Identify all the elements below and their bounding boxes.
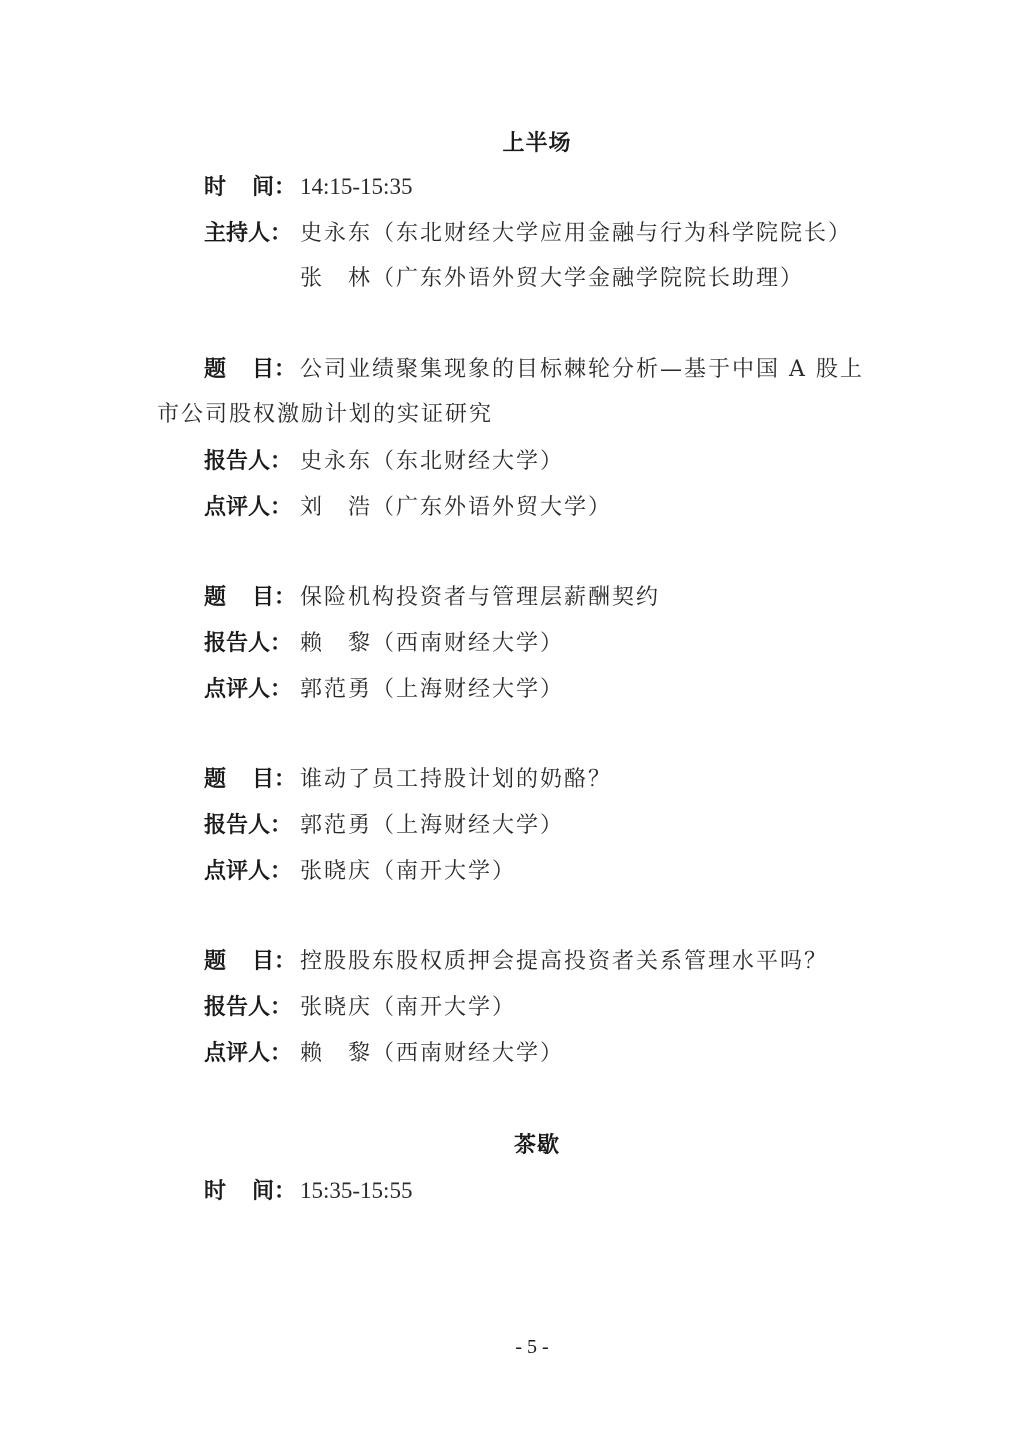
talk-2-discussant: 郭范勇（上海财经大学） [300,677,564,702]
talk-4-discussant: 赖 黎（西南财经大学） [300,1041,564,1066]
talk-1-title-continued: 市公司股权激励计划的实证研究 [157,402,493,427]
time-label: 时间： [204,1176,300,1206]
host-2: 张 林（广东外语外贸大学金融学院院长助理） [300,266,804,291]
reporter-label: 报告人： [204,992,300,1022]
session-time-row: 时间：14:15-15:35 [204,172,412,203]
talk-3-reporter: 郭范勇（上海财经大学） [300,813,564,838]
talk-4-reporter: 张晓庆（南开大学） [300,995,516,1020]
talk-3-reporter-row: 报告人：郭范勇（上海财经大学） [204,810,564,841]
document-page: 上半场 时间：14:15-15:35 主持人：史永东（东北财经大学应用金融与行为… [0,0,1024,1448]
time-label: 时间： [204,172,300,202]
talk-4-discussant-row: 点评人：赖 黎（西南财经大学） [204,1038,564,1069]
hosts-row-2: 张 林（广东外语外贸大学金融学院院长助理） [300,264,804,294]
host-label: 主持人： [204,218,300,248]
talk-1-title-row-2: 市公司股权激励计划的实证研究 [157,400,493,430]
reporter-label: 报告人： [204,810,300,840]
discussant-label: 点评人： [204,1038,300,1068]
talk-1-discussant: 刘 浩（广东外语外贸大学） [300,495,612,520]
talk-2-reporter: 赖 黎（西南财经大学） [300,631,564,656]
discussant-label: 点评人： [204,674,300,704]
talk-3-discussant: 张晓庆（南开大学） [300,859,516,884]
talk-1-reporter: 史永东（东北财经大学） [300,449,564,474]
title-label: 题目： [204,354,300,384]
talk-4-reporter-row: 报告人：张晓庆（南开大学） [204,992,516,1023]
talk-2-title: 保险机构投资者与管理层薪酬契约 [300,585,660,610]
talk-4-title-row: 题目：控股股东股权质押会提高投资者关系管理水平吗？ [204,946,828,977]
talk-3-title-row: 题目：谁动了员工持股计划的奶酪？ [204,764,612,795]
tea-break-time-value: 15:35-15:55 [300,1178,412,1203]
session-time-value: 14:15-15:35 [300,174,412,199]
title-label: 题目： [204,582,300,612]
section-heading-first-half: 上半场 [0,126,1024,157]
talk-4-title: 控股股东股权质押会提高投资者关系管理水平吗？ [300,949,828,974]
discussant-label: 点评人： [204,492,300,522]
hosts-row: 主持人：史永东（东北财经大学应用金融与行为科学院院长） [204,218,852,249]
title-label: 题目： [204,946,300,976]
host-1: 史永东（东北财经大学应用金融与行为科学院院长） [300,221,852,246]
discussant-label: 点评人： [204,856,300,886]
talk-1-reporter-row: 报告人：史永东（东北财经大学） [204,446,564,477]
tea-break-time-row: 时间：15:35-15:55 [204,1176,412,1207]
reporter-label: 报告人： [204,446,300,476]
reporter-label: 报告人： [204,628,300,658]
section-heading-tea-break: 茶歇 [0,1128,1024,1159]
talk-1-title: 公司业绩聚集现象的目标棘轮分析—基于中国 A 股上 [300,357,864,382]
talk-1-discussant-row: 点评人：刘 浩（广东外语外贸大学） [204,492,612,523]
talk-3-title: 谁动了员工持股计划的奶酪？ [300,767,612,792]
talk-1-title-row: 题目：公司业绩聚集现象的目标棘轮分析—基于中国 A 股上 [204,354,864,385]
talk-2-reporter-row: 报告人：赖 黎（西南财经大学） [204,628,564,659]
title-label: 题目： [204,764,300,794]
talk-2-discussant-row: 点评人：郭范勇（上海财经大学） [204,674,564,705]
talk-3-discussant-row: 点评人：张晓庆（南开大学） [204,856,516,887]
talk-2-title-row: 题目：保险机构投资者与管理层薪酬契约 [204,582,660,613]
page-number: - 5 - [0,1336,1024,1359]
